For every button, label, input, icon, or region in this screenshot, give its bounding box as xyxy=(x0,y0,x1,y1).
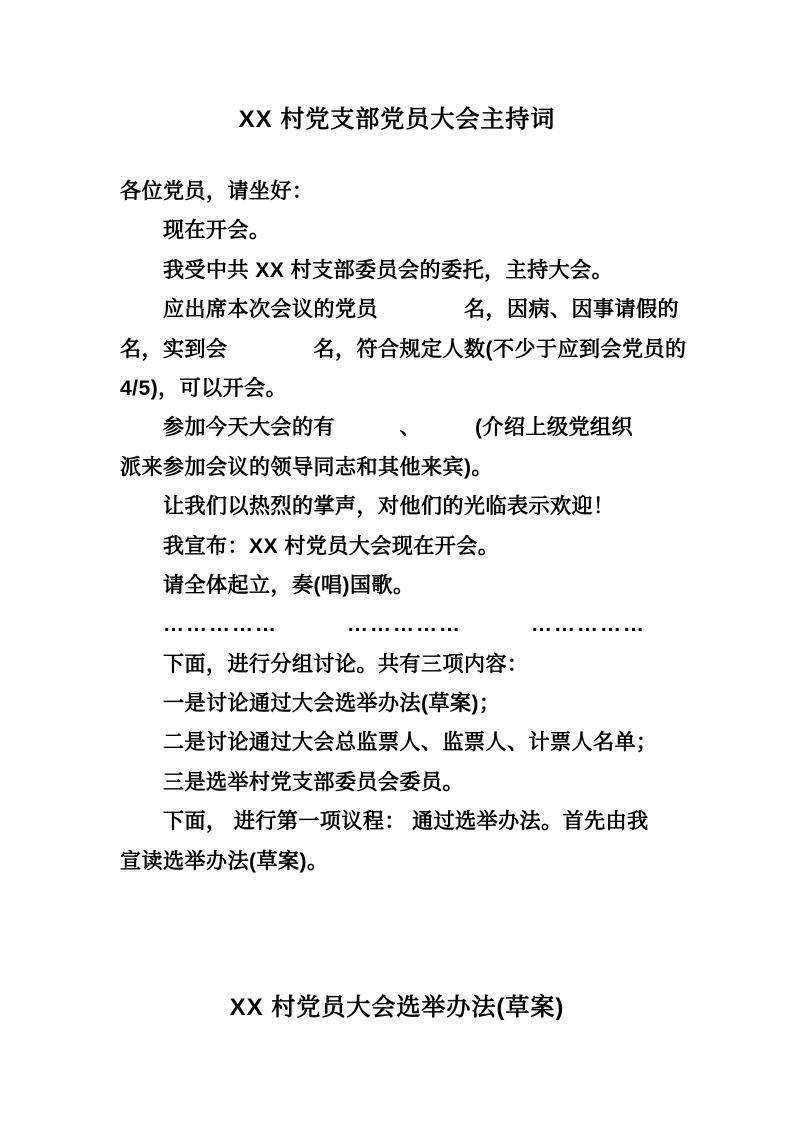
text-line: 宣读选举办法(草案)。 xyxy=(120,842,680,881)
document-body: 各位党员，请坐好： 现在开会。 我受中共 XX 村支部委员会的委托，主持大会。 … xyxy=(120,172,680,881)
text-line: 下面，进行分组讨论。共有三项内容： xyxy=(120,645,680,684)
text-line: 下面， 进行第一项议程： 通过选举办法。首先由我 xyxy=(120,802,680,841)
text-line: 我宣布：XX 村党员大会现在开会。 xyxy=(120,527,680,566)
text-line: 三是选举村党支部委员会委员。 xyxy=(120,763,680,802)
document-page: XX 村党支部党员大会主持词 各位党员，请坐好： 现在开会。 我受中共 XX 村… xyxy=(0,0,794,1123)
text-line: 4/5)，可以开会。 xyxy=(120,369,680,408)
text-line: 各位党员，请坐好： xyxy=(120,172,680,211)
text-line: 一是讨论通过大会选举办法(草案)； xyxy=(120,684,680,723)
text-line: 让我们以热烈的掌声，对他们的光临表示欢迎！ xyxy=(120,487,680,526)
text-line: 我受中共 XX 村支部委员会的委托，主持大会。 xyxy=(120,251,680,290)
dotted-ellipsis-line: …………… …………… …………… xyxy=(120,605,680,644)
text-line: 请全体起立，奏(唱)国歌。 xyxy=(120,566,680,605)
text-line: 派来参加会议的领导同志和其他来宾)。 xyxy=(120,448,680,487)
text-line: 二是讨论通过大会总监票人、监票人、计票人名单； xyxy=(120,723,680,762)
text-line: 现在开会。 xyxy=(120,211,680,250)
document-title: XX 村党支部党员大会主持词 xyxy=(0,99,794,134)
section-title-election-rules-draft: XX 村党员大会选举办法(草案) xyxy=(0,987,794,1022)
text-line: 应出席本次会议的党员 名，因病、因事请假的 xyxy=(120,290,680,329)
text-line: 名，实到会 名，符合规定人数(不少于应到会党员的 xyxy=(120,330,680,369)
text-line: 参加今天大会的有 、 (介绍上级党组织 xyxy=(120,408,680,447)
